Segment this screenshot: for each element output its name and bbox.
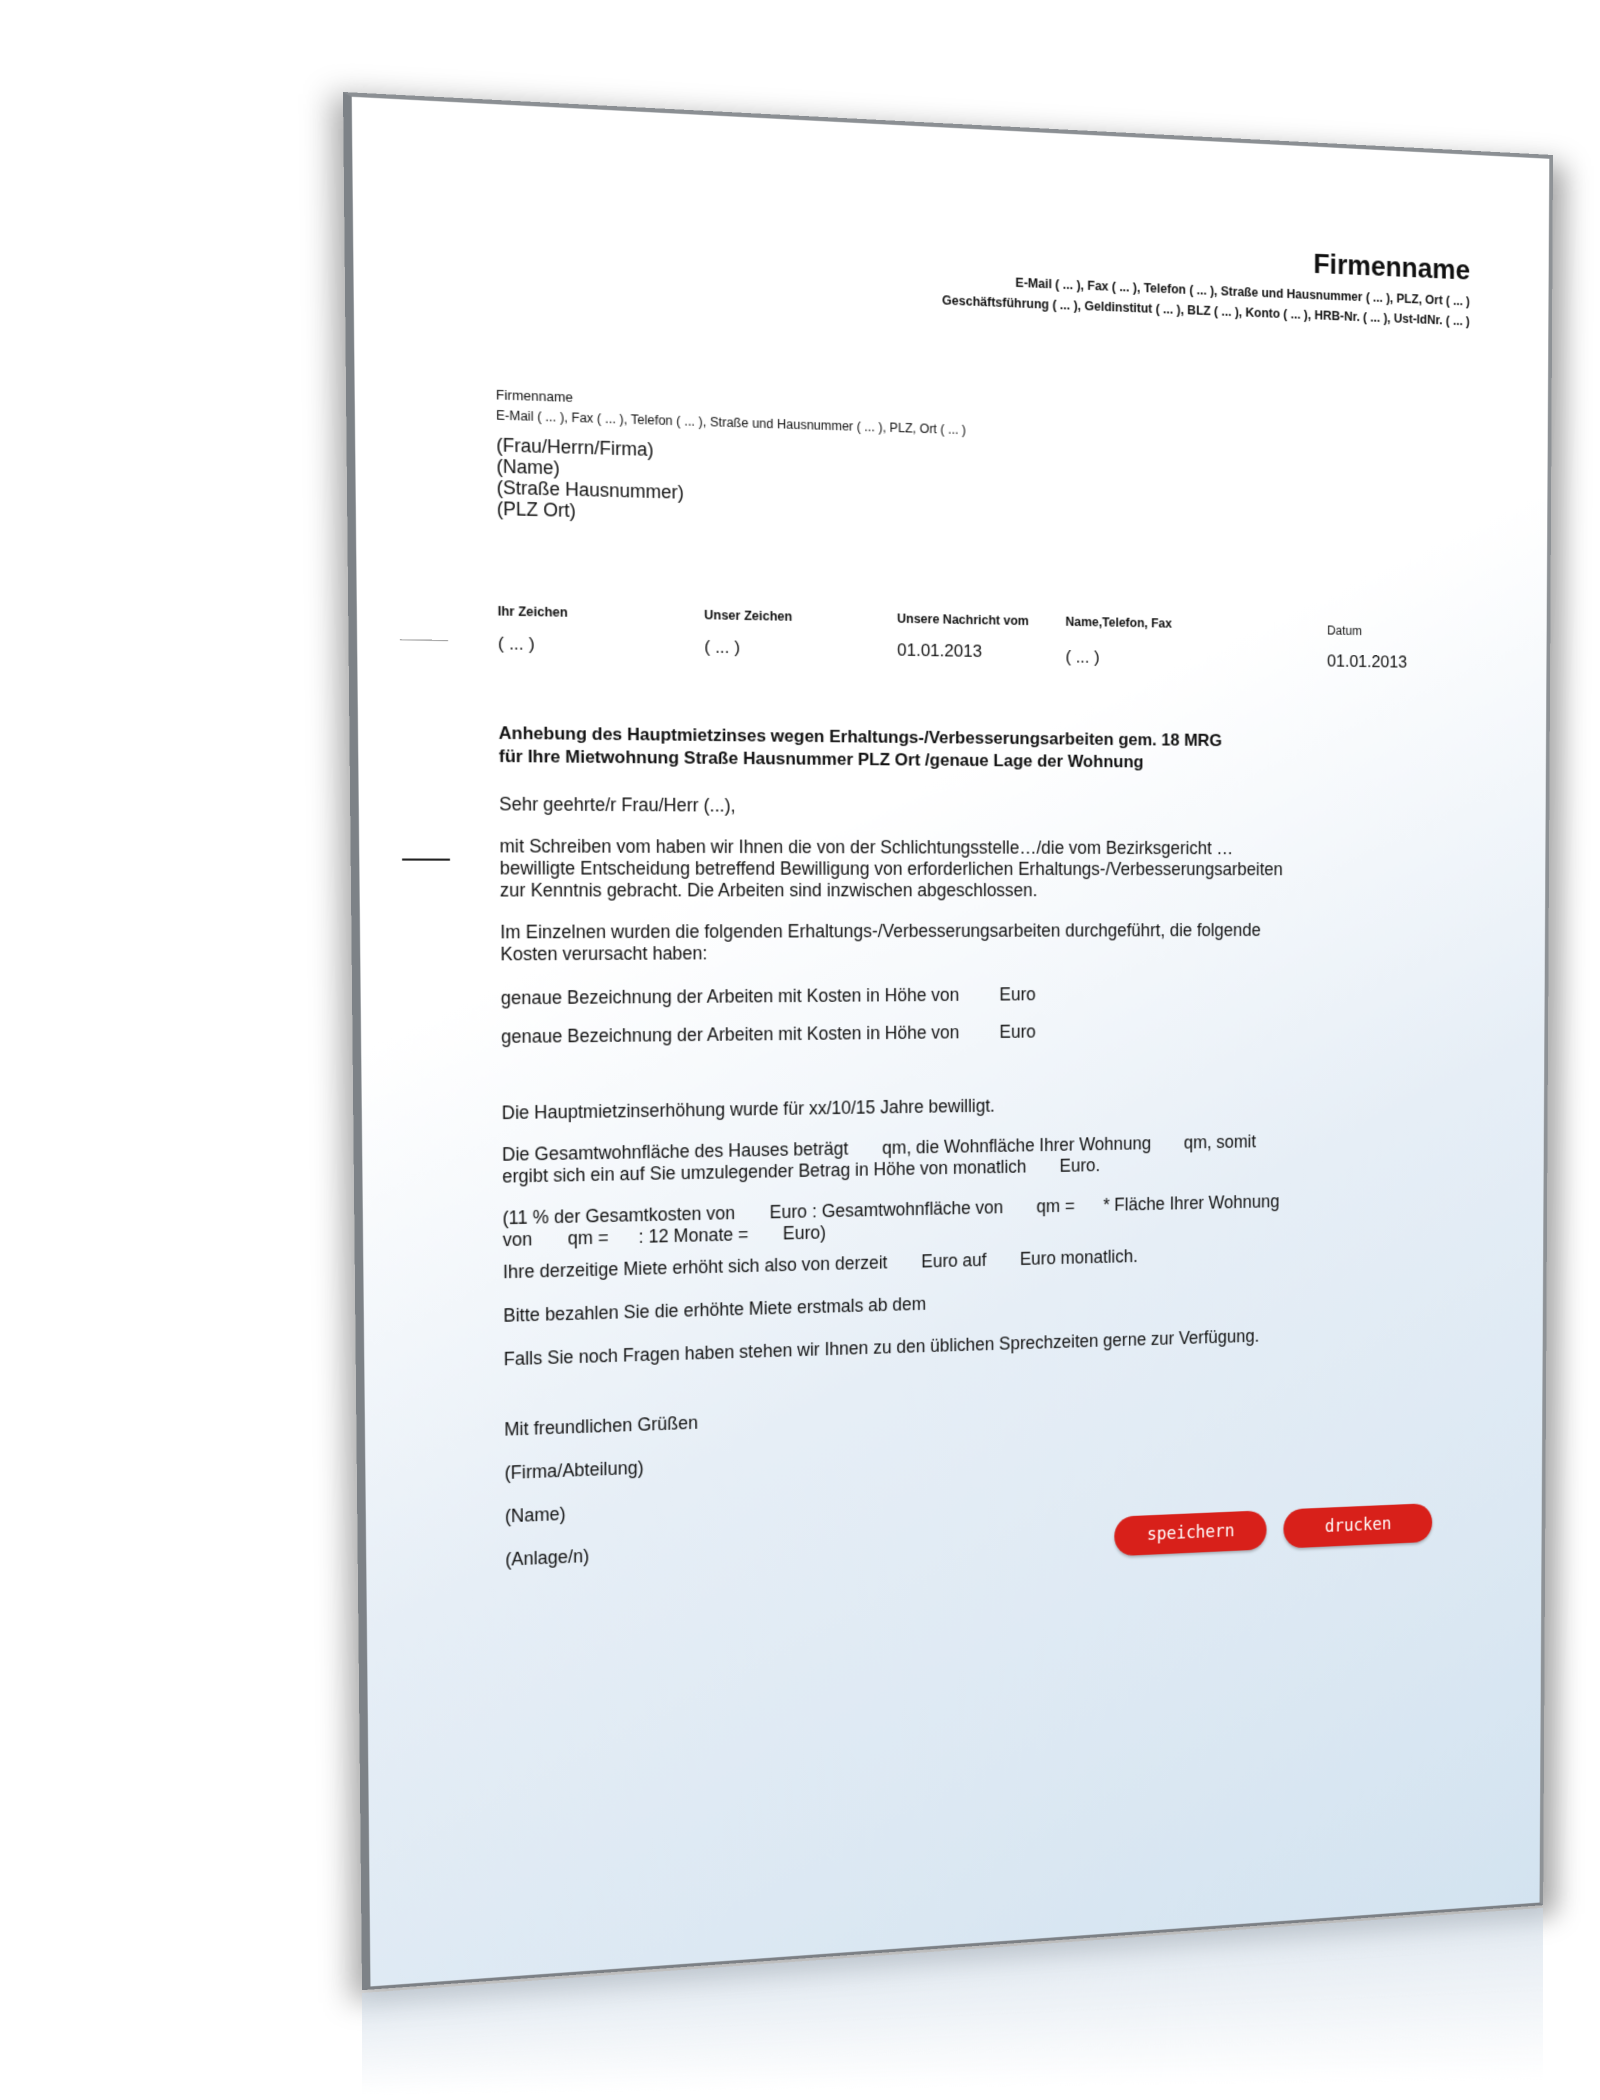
paragraph-details: Im Einzelnen wurden die folgenden Erhalt… [500,920,1261,966]
closing-name: (Name) [505,1503,566,1527]
closing-greeting: Mit freundlichen Grüßen [504,1412,698,1440]
cost-item-text: genaue Bezeichnung der Arbeiten mit Kost… [501,1022,959,1047]
ref-value-contact: ( ... ) [1066,647,1100,668]
paragraph-questions: Falls Sie noch Fragen haben stehen wir I… [504,1326,1260,1371]
salutation: Sehr geehrte/r Frau/Herr (...), [499,794,735,817]
ref-value-our-message: 01.01.2013 [897,640,982,662]
document-preview: Firmenname E-Mail ( ... ), Fax ( ... ), … [0,0,1600,2100]
paragraph-rent-change: Ihre derzeitige Miete erhöht sich also v… [503,1246,1138,1283]
text-line: bewilligte Entscheidung betreffend Bewil… [500,858,1283,881]
cost-item-unit: Euro [999,984,1035,1004]
fold-mark-top [400,639,448,641]
save-button[interactable]: speichern [1114,1510,1266,1556]
paragraph-duration: Die Hauptmietzinserhöhung wurde für xx/1… [502,1095,995,1124]
subject: Anhebung des Hauptmietzinses wegen Erhal… [499,722,1223,774]
text-line: zur Kenntnis gebracht. Die Arbeiten sind… [500,880,1283,902]
sender-name: Firmenname [496,387,573,405]
text-line: mit Schreiben vom haben wir Ihnen die vo… [499,836,1282,860]
recipient-city: (PLZ Ort) [497,498,576,522]
paragraph-formula: (11 % der Gesamtkosten von Euro : Gesamt… [502,1191,1279,1251]
text-line: Kosten verursacht haben: [500,941,1261,966]
ref-label-your-sign: Ihr Zeichen [498,604,568,620]
paragraph-area: Die Gesamtwohnfläche des Hauses beträgt … [502,1131,1256,1187]
letterhead-company-name: Firmenname [1313,248,1470,287]
paragraph-payment: Bitte bezahlen Sie die erhöhte Miete ers… [503,1294,926,1327]
cost-item-text: genaue Bezeichnung der Arbeiten mit Kost… [501,985,960,1009]
fold-mark-punch [402,858,450,860]
ref-value-your-sign: ( ... ) [498,633,535,655]
closing-attachments: (Anlage/n) [505,1546,589,1571]
cost-item: genaue Bezeichnung der Arbeiten mit Kost… [501,1021,1036,1048]
letter-page: Firmenname E-Mail ( ... ), Fax ( ... ), … [343,92,1553,1990]
ref-label-date: Datum [1327,623,1362,638]
ref-value-date: 01.01.2013 [1327,651,1407,672]
cost-item: genaue Bezeichnung der Arbeiten mit Kost… [501,984,1036,1009]
ref-label-our-message: Unsere Nachricht vom [897,611,1029,628]
print-button[interactable]: drucken [1283,1503,1432,1549]
ref-value-our-sign: ( ... ) [704,637,740,658]
recipient-name: (Name) [496,456,559,480]
ref-label-our-sign: Unser Zeichen [704,608,792,624]
closing-department: (Firma/Abteilung) [505,1457,644,1484]
ref-label-contact: Name,Telefon, Fax [1065,615,1172,631]
sender-address-line: E-Mail ( ... ), Fax ( ... ), Telefon ( .… [496,408,966,437]
text-line: Im Einzelnen wurden die folgenden Erhalt… [500,920,1261,944]
paragraph-intro: mit Schreiben vom haben wir Ihnen die vo… [499,836,1282,902]
cost-item-unit: Euro [1000,1021,1036,1042]
reference-line: Ihr Zeichen ( ... ) Unser Zeichen ( ... … [352,97,1550,159]
